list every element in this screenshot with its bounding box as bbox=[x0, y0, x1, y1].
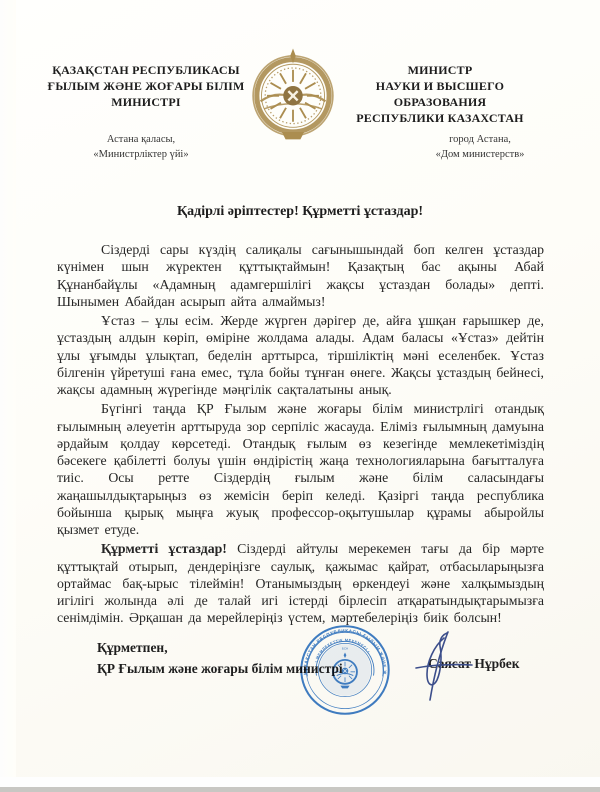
letter-body: Сіздерді сары күздің салиқалы сағынышынд… bbox=[57, 241, 544, 627]
address-kazakh-city: Астана қаласы, bbox=[58, 133, 224, 148]
seal-bin-label: БСН bbox=[342, 646, 348, 650]
letterhead-russian-line2: НАУКИ И ВЫСШЕГО ОБРАЗОВАНИЯ bbox=[328, 78, 552, 110]
official-letter-page: ҚАЗАҚСТАН РЕСПУБЛИКАСЫ ҒЫЛЫМ ЖӘНЕ ЖОҒАРЫ… bbox=[0, 0, 600, 792]
photo-bottom-edge bbox=[0, 787, 600, 792]
address-russian-building: «Дом министерств» bbox=[397, 148, 563, 163]
letter-paragraph-2: Ұстаз – ұлы есім. Жерде жүрген дәрігер д… bbox=[57, 312, 544, 398]
address-russian-city: город Астана, bbox=[397, 133, 563, 148]
handwritten-signature-icon bbox=[370, 618, 490, 718]
letterhead-russian: МИНИСТР НАУКИ И ВЫСШЕГО ОБРАЗОВАНИЯ РЕСП… bbox=[328, 62, 552, 126]
letter-paragraph-4: Құрметті ұстаздар! Сіздерді айтулы мерек… bbox=[57, 540, 544, 626]
letterhead-kazakh-line2: ҒЫЛЫМ ЖӘНЕ ЖОҒАРЫ БІЛІМ bbox=[46, 78, 246, 94]
paragraph-4-lead: Құрметті ұстаздар! bbox=[101, 541, 227, 556]
address-kazakh: Астана қаласы, «Министрліктер үйі» bbox=[58, 133, 224, 162]
photo-bottom-margin bbox=[0, 777, 600, 787]
letterhead-russian-line1: МИНИСТР bbox=[328, 62, 552, 78]
letter-paragraph-1: Сіздерді сары күздің салиқалы сағынышынд… bbox=[57, 241, 544, 310]
paragraph-2-text: Ұстаз – ұлы есім. Жерде жүрген дәрігер д… bbox=[57, 313, 544, 397]
letterhead-kazakh-line3: МИНИСТРІ bbox=[46, 94, 246, 110]
paragraph-3-text: Бүгінгі таңда ҚР Ғылым және жоғары білім… bbox=[57, 401, 544, 537]
paragraph-1-text: Сіздерді сары күздің салиқалы сағынышынд… bbox=[57, 242, 544, 309]
letterhead-kazakh: ҚАЗАҚСТАН РЕСПУБЛИКАСЫ ҒЫЛЫМ ЖӘНЕ ЖОҒАРЫ… bbox=[46, 62, 246, 110]
address-russian: город Астана, «Дом министерств» bbox=[397, 133, 563, 162]
letterhead-russian-line3: РЕСПУБЛИКИ КАЗАХСТАН bbox=[328, 110, 552, 126]
letter-salutation: Қадірлі әріптестер! Құрметті ұстаздар! bbox=[0, 204, 600, 220]
photo-left-edge bbox=[0, 0, 16, 792]
kazakhstan-national-emblem-icon bbox=[246, 42, 340, 144]
address-kazakh-building: «Министрліктер үйі» bbox=[58, 148, 224, 163]
letterhead-kazakh-line1: ҚАЗАҚСТАН РЕСПУБЛИКАСЫ bbox=[46, 62, 246, 78]
letter-paragraph-3: Бүгінгі таңда ҚР Ғылым және жоғары білім… bbox=[57, 400, 544, 538]
